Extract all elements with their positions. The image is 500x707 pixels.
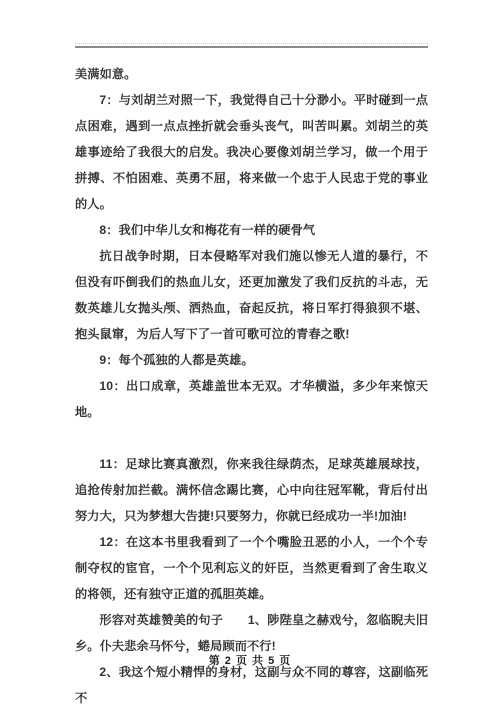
header-divider-line: [75, 43, 428, 48]
page-number-text: 第 2 页 共 5 页: [209, 655, 292, 667]
paragraph: 11：足球比赛真激烈，你来我往绿荫杰，足球英雄展球技，追抢传射加拦截。满怀信念踢…: [75, 451, 428, 529]
paragraph: 9：每个孤独的人都是英雄。: [75, 347, 428, 373]
paragraph: 美满如意。: [75, 61, 428, 87]
paragraph: 10：出口成章，英雄盖世本无双。才华横溢，多少年来惊天地。: [75, 373, 428, 425]
page-footer: 第 2 页 共 5 页: [0, 652, 500, 668]
paragraph: 抗日战争时期，日本侵略军对我们施以惨无人道的暴行，不但没有吓倒我们的热血儿女，还…: [75, 243, 428, 347]
paragraph: 8：我们中华儿女和梅花有一样的硬骨气: [75, 217, 428, 243]
paragraph: 7：与刘胡兰对照一下，我觉得自己十分渺小。平时碰到一点点困难，遇到一点点挫折就会…: [75, 87, 428, 217]
document-body: 美满如意。 7：与刘胡兰对照一下，我觉得自己十分渺小。平时碰到一点点困难，遇到一…: [75, 61, 428, 707]
document-page: 美满如意。 7：与刘胡兰对照一下，我觉得自己十分渺小。平时碰到一点点困难，遇到一…: [0, 0, 500, 707]
paragraph: 12：在这本书里我看到了一个个嘴脸丑恶的小人，一个个专制夺权的宦官，一个个见利忘…: [75, 529, 428, 607]
